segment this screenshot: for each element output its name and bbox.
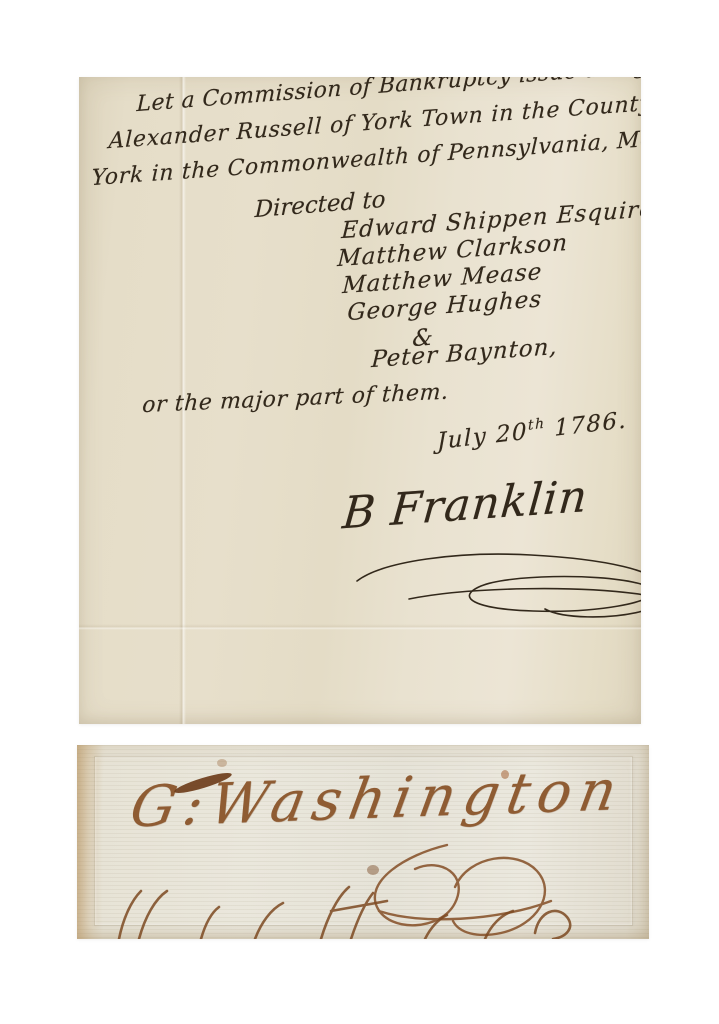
signature-flourish [349, 547, 641, 623]
auction-lot-photo: Let a Commission of Bankruptcy issue de … [0, 0, 719, 1024]
clipped-writing-strokes [105, 881, 595, 939]
washington-signature-fragment: G:Washington [77, 745, 649, 939]
ink-spot [501, 770, 509, 779]
horizontal-fold-crease [79, 624, 641, 630]
franklin-document-sheet: Let a Commission of Bankruptcy issue de … [79, 77, 641, 724]
date-line: July 20th 1786. [437, 406, 627, 455]
closing-line: or the major part of them. [141, 380, 449, 418]
commissioner-name: Peter Baynton, [371, 334, 559, 373]
date-year: 1786. [545, 407, 627, 442]
franklin-signature: B Franklin [340, 471, 590, 540]
ink-spot [217, 759, 227, 767]
date-ordinal-suffix: th [528, 416, 546, 434]
line1-struck-word: de [585, 77, 614, 83]
line1-text-end: against [612, 77, 641, 81]
date-day: July 20 [437, 419, 528, 455]
